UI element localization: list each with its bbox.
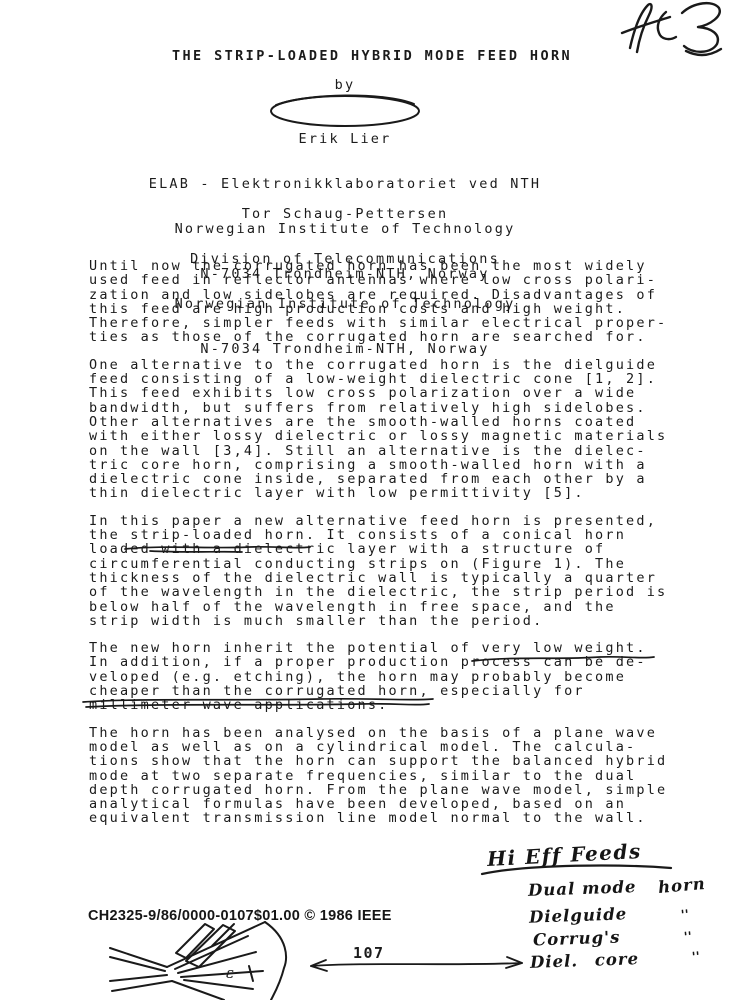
paragraph-4: The new horn inherit the potential of ve… — [89, 641, 667, 712]
sketch-epsilon-label: ε — [226, 964, 234, 982]
handwritten-note-label: Corrug's — [533, 927, 621, 949]
handwritten-note-label: Dual mode — [528, 877, 637, 900]
arrow-annotation — [311, 957, 522, 971]
ditto-mark: '' — [683, 930, 692, 946]
paragraph-1: Until now the corrugated horn has been t… — [89, 259, 667, 345]
handwritten-note-value: horn — [657, 874, 706, 897]
ditto-mark: '' — [680, 908, 689, 924]
author-2-name: Tor Schaug-Pettersen — [89, 207, 601, 222]
handwritten-note-label: Diel. core — [530, 949, 640, 972]
page-number: 107 — [353, 946, 385, 960]
paragraph-2: One alternative to the corrugated horn i… — [89, 358, 667, 501]
paragraph-5: The horn has been analysed on the basis … — [89, 726, 667, 826]
horn-sketch: ε — [110, 922, 286, 1000]
body-column: Until now the corrugated horn has been t… — [89, 259, 667, 839]
copyright-line: CH2325-9/86/0000-0107$01.00 © 1986 IEEE — [88, 908, 392, 924]
handwritten-note-label: Dielguide — [529, 904, 628, 926]
paragraph-3: In this paper a new alternative feed hor… — [89, 514, 667, 628]
byline: by — [89, 78, 601, 92]
ditto-mark: '' — [691, 950, 700, 966]
author-1-name: Erik Lier — [89, 132, 601, 147]
paper-title: THE STRIP-LOADED HYBRID MODE FEED HORN — [89, 49, 655, 63]
scanned-paper-page: THE STRIP-LOADED HYBRID MODE FEED HORN b… — [0, 0, 755, 1000]
handwritten-note-heading: Hi Eff Feeds — [486, 839, 642, 871]
corner-initials-scribble — [622, 3, 721, 55]
